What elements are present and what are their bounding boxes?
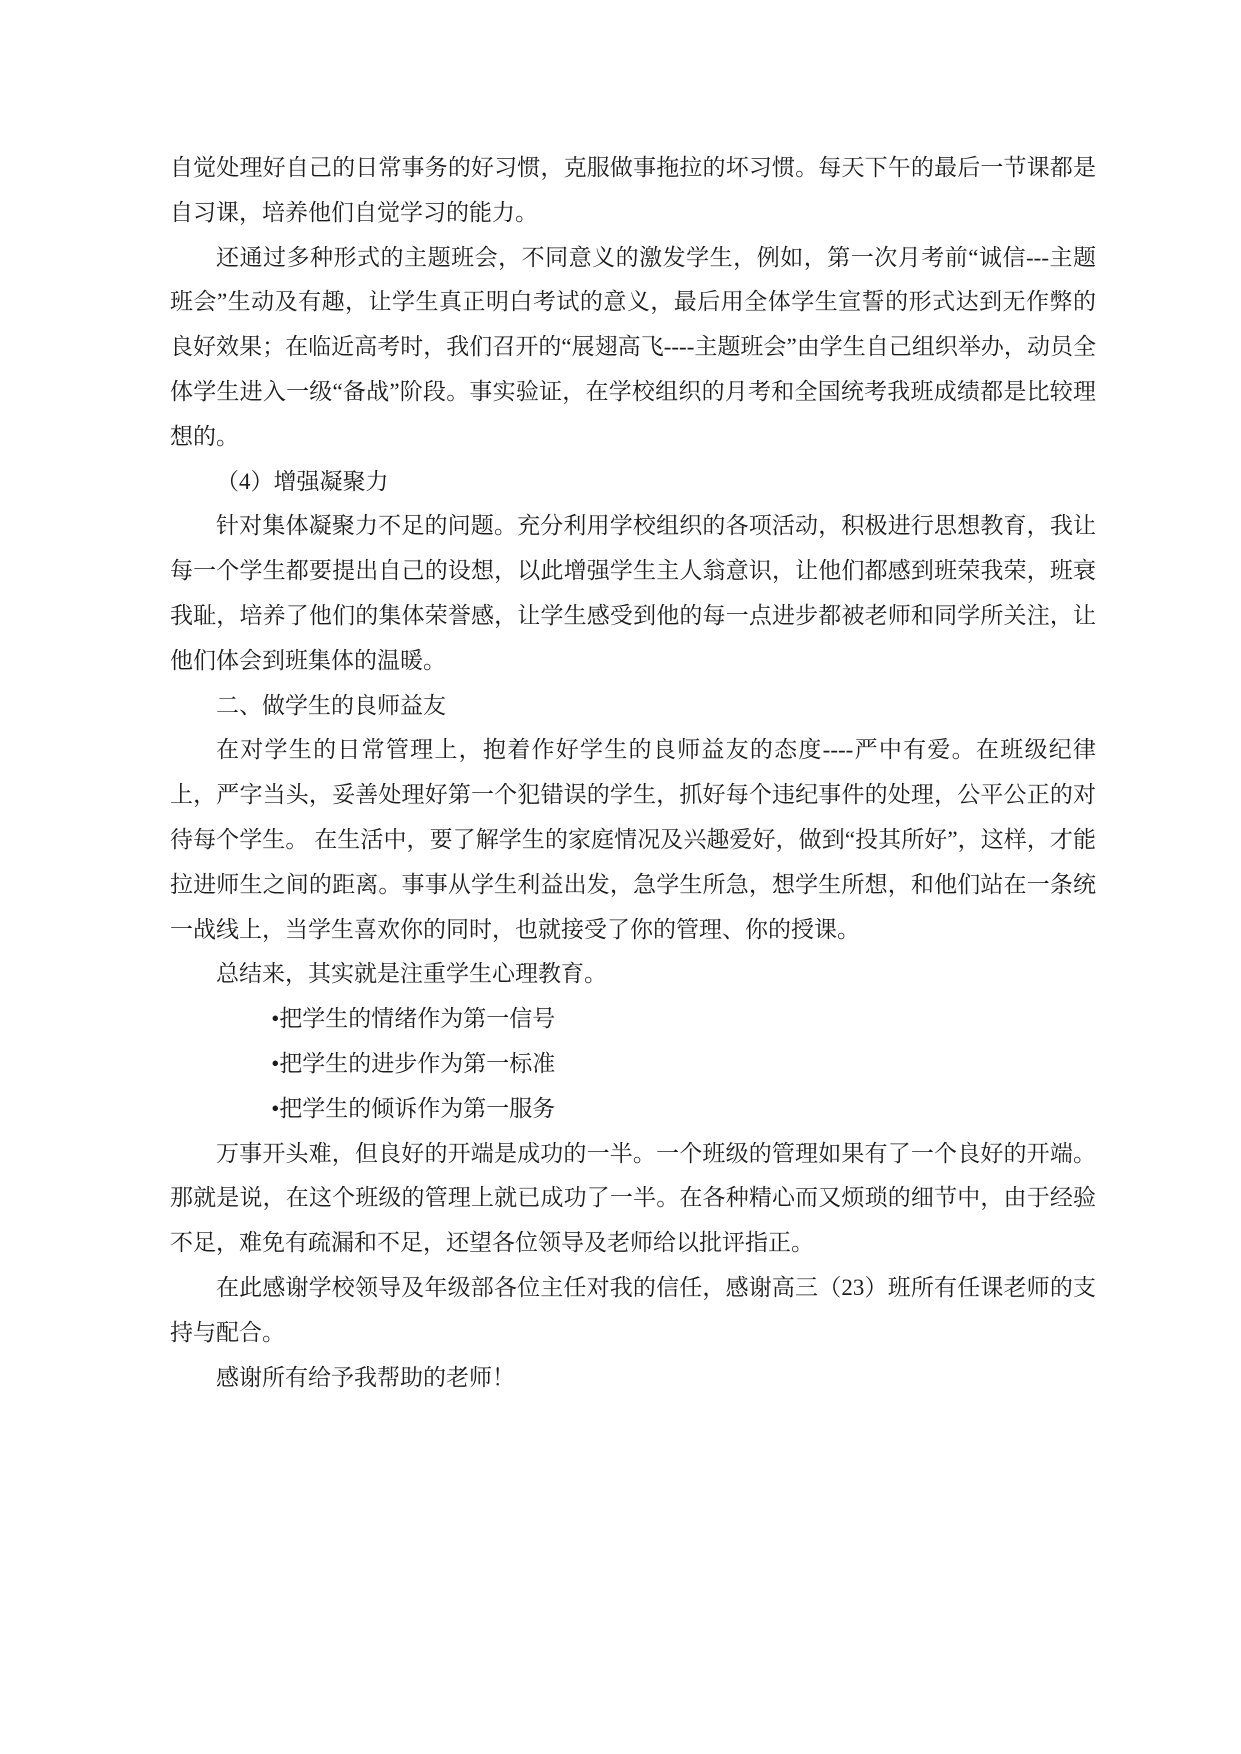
bullet-item: •把学生的情绪作为第一信号: [170, 997, 1096, 1042]
paragraph-continuation: 自觉处理好自己的日常事务的好习惯，克服做事拖拉的坏习惯。每天下午的最后一节课都是…: [170, 146, 1096, 236]
paragraph: 针对集体凝聚力不足的问题。充分利用学校组织的各项活动，积极进行思想教育，我让每一…: [170, 504, 1096, 683]
section-heading: 二、做学生的良师益友: [170, 684, 1096, 729]
paragraph: 在对学生的日常管理上，抱着作好学生的良师益友的态度----严中有爱。在班级纪律上…: [170, 728, 1096, 952]
paragraph: 还通过多种形式的主题班会，不同意义的激发学生，例如，第一次月考前“诚信---主题…: [170, 236, 1096, 460]
bullet-item: •把学生的倾诉作为第一服务: [170, 1087, 1096, 1132]
paragraph: 总结来，其实就是注重学生心理教育。: [170, 952, 1096, 997]
sub-heading: （4）增强凝聚力: [170, 460, 1096, 505]
paragraph: 在此感谢学校领导及年级部各位主任对我的信任，感谢高三（23）班所有任课老师的支持…: [170, 1266, 1096, 1356]
bullet-item: •把学生的进步作为第一标准: [170, 1042, 1096, 1087]
document-page: 自觉处理好自己的日常事务的好习惯，克服做事拖拉的坏习惯。每天下午的最后一节课都是…: [0, 0, 1241, 1754]
document-content: 自觉处理好自己的日常事务的好习惯，克服做事拖拉的坏习惯。每天下午的最后一节课都是…: [170, 146, 1096, 1400]
closing-line: 感谢所有给予我帮助的老师！: [170, 1356, 1096, 1401]
paragraph: 万事开头难，但良好的开端是成功的一半。一个班级的管理如果有了一个良好的开端。那就…: [170, 1132, 1096, 1266]
